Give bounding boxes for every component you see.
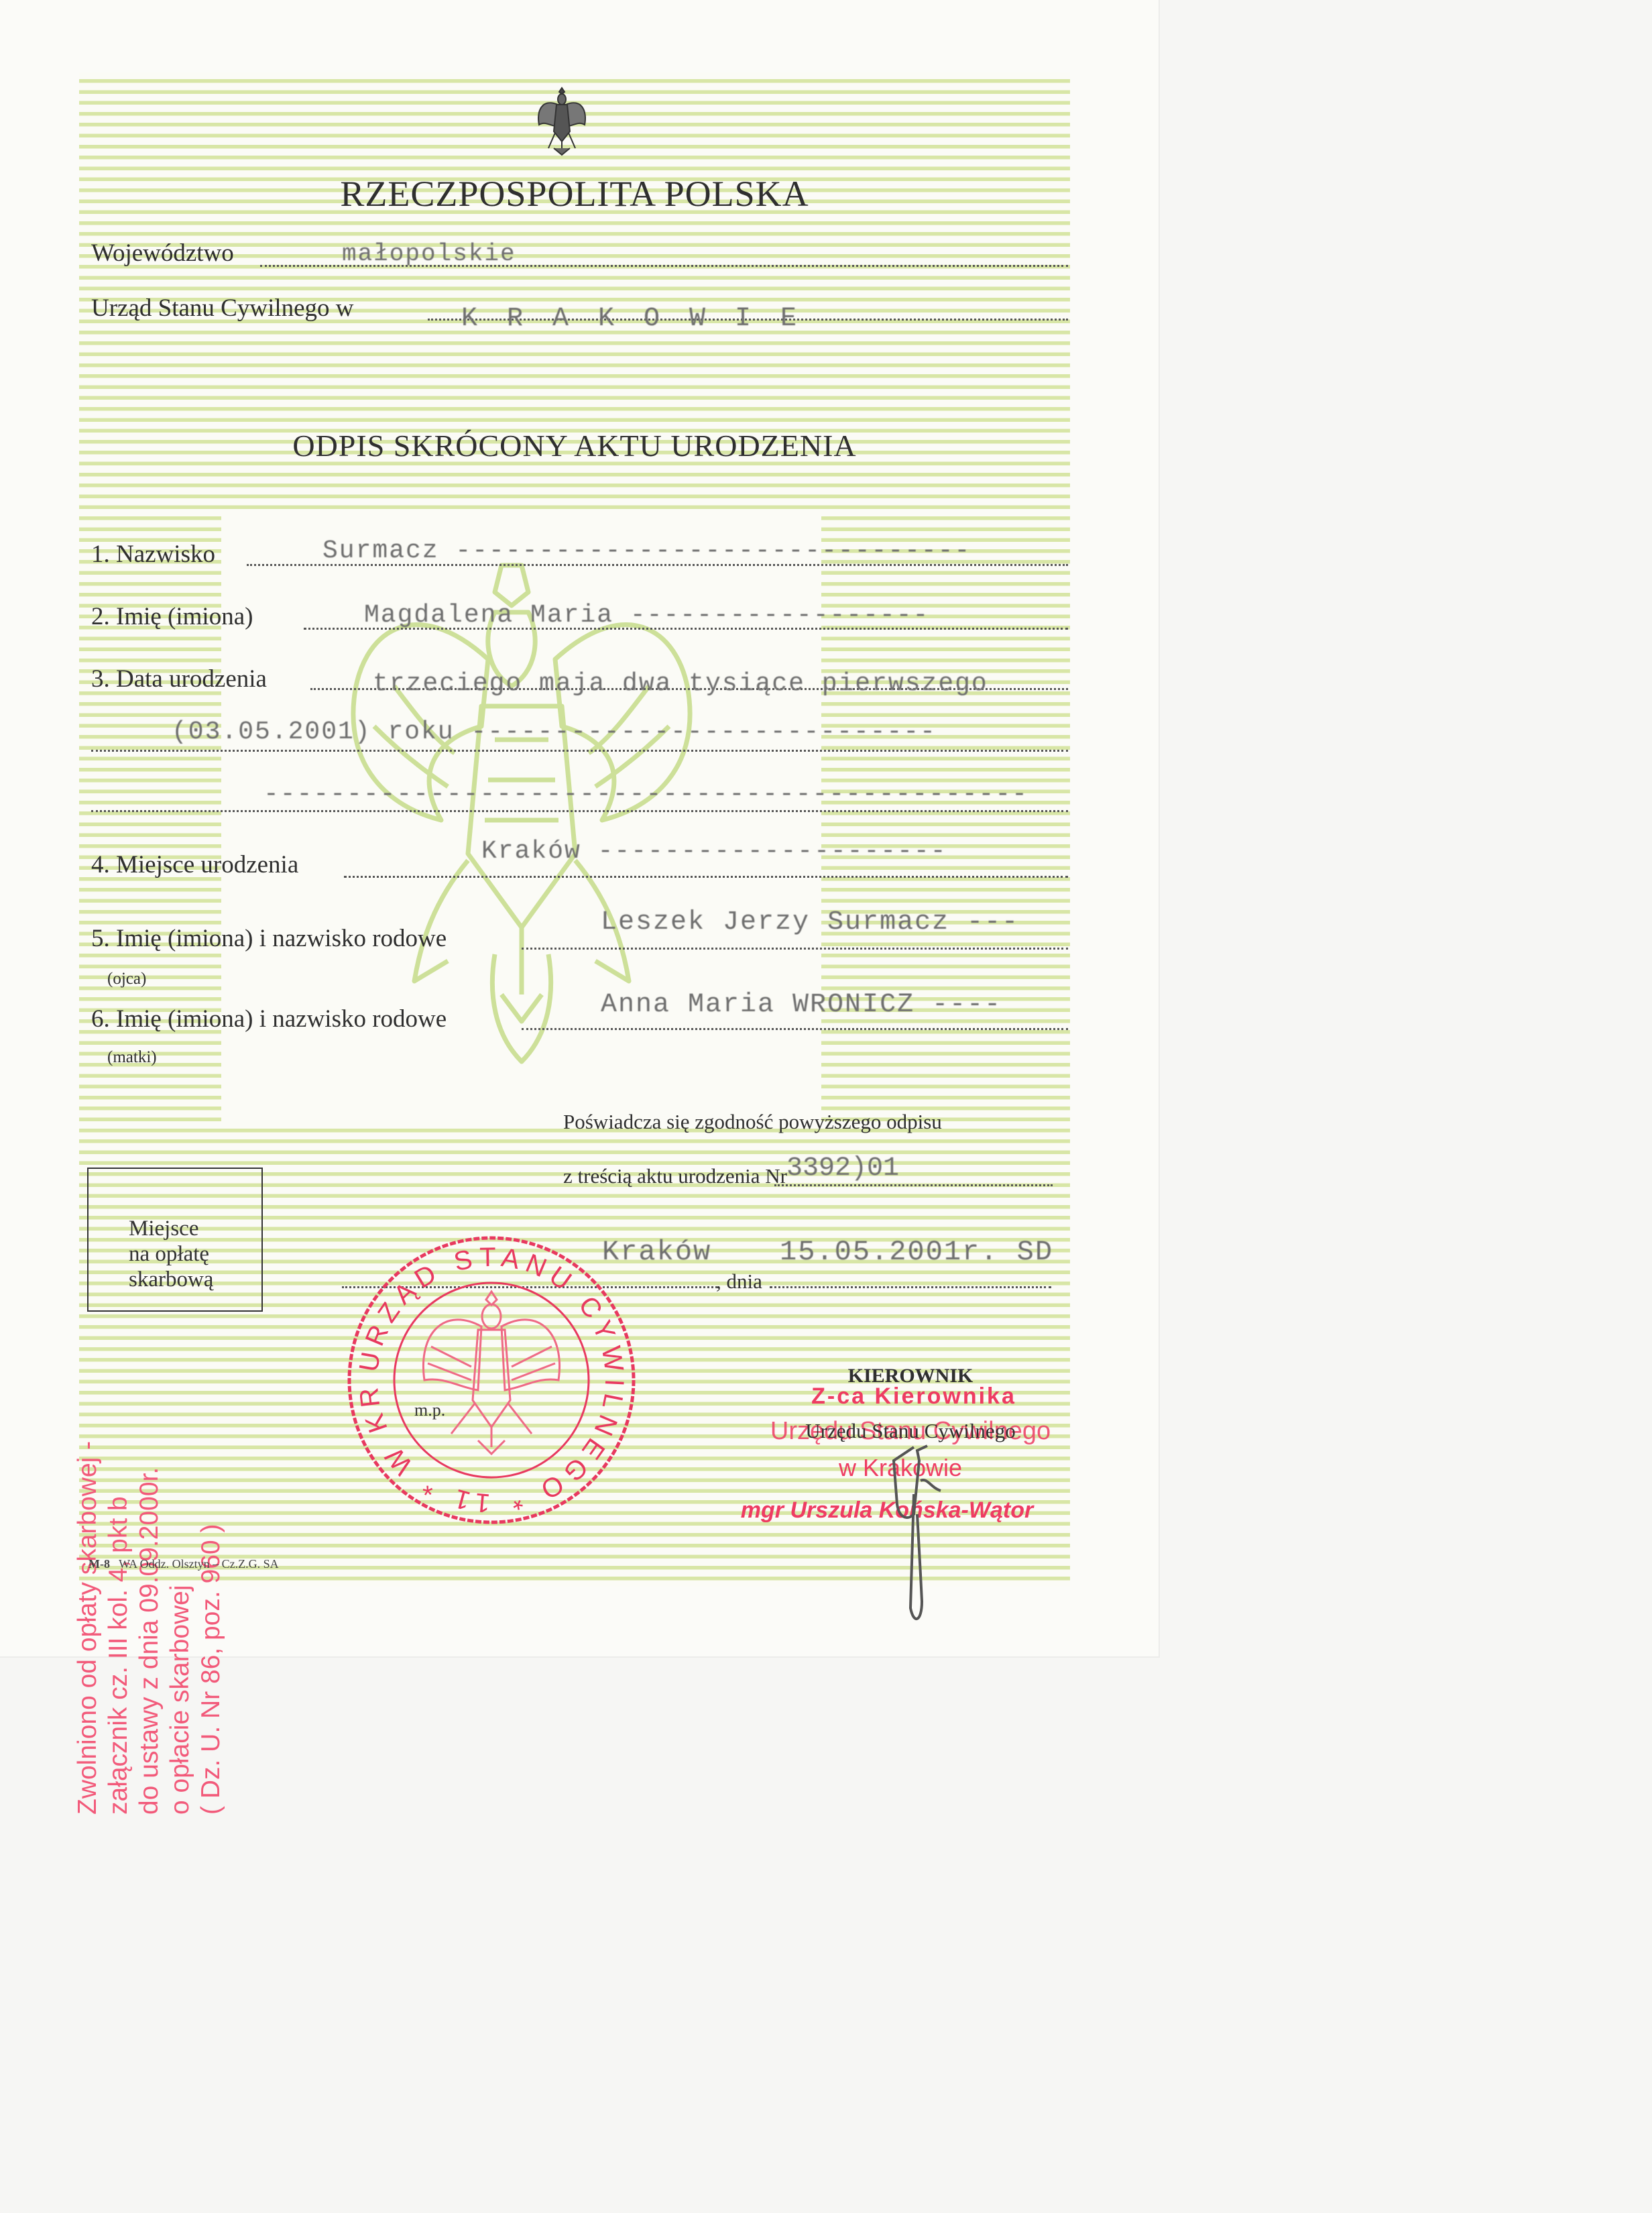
field-birth-place-value: Kraków --------------------- [481,837,947,866]
field-given-names-value: Magdalena Maria ------------------ [364,601,929,630]
official-round-seal: URZĄD STANU CYWILNEGO * 11 * W KRAKOWIE … [344,1233,639,1528]
field-birth-date-value-numeric: (03.05.2001) roku ----------------------… [172,718,937,746]
printer-name: WA Oddz. Olsztyn – Cz.Z.G. SA [119,1557,278,1571]
field-birth-date-value-words: trzeciego maja dwa tysiące pierwszego [373,669,988,698]
polish-eagle-emblem-icon [535,84,589,158]
form-code: M-8 [88,1557,110,1571]
stamp-duty-box: Miejsce na opłatę skarbową [87,1168,263,1312]
seal-eagle-icon [423,1292,559,1454]
date-label: , dnia [716,1269,762,1294]
signatory-office: Urzędu Stanu Cywilnego [776,1419,1045,1443]
act-number-label: z treścią aktu urodzenia Nr [563,1164,787,1188]
issue-date-value: 15.05.2001r. SD [780,1236,1053,1268]
act-number-value: 3392)01 [786,1153,899,1184]
field-birth-place-label: 4. Miejsce urodzenia [91,850,298,879]
issue-date-dotted-line [770,1286,1051,1288]
field-mother-dotted-line [522,1028,1068,1030]
field-birth-date-label: 3. Data urodzenia [91,665,267,693]
field-birth-date-value-filler: ----------------------------------------… [263,780,1028,809]
document-title: ODPIS SKRÓCONY AKTU URODZENIA [79,428,1070,463]
field-birth-date-dotted-line-2 [91,750,1068,752]
act-number-dotted-line [774,1184,1053,1186]
field-father-label: 5. Imię (imiona) i nazwisko rodowe [91,924,447,953]
signatory-stamp-line-1: Z-ca Kierownika [770,1383,1058,1410]
stamp-duty-box-text: Miejsce na opłatę skarbową [129,1216,213,1292]
office-label: Urząd Stanu Cywilnego w [91,294,354,323]
field-given-names-label: 2. Imię (imiona) [91,602,253,631]
handwritten-signature [867,1440,954,1648]
office-value: K R A K O W I E [461,304,803,334]
field-father-value: Leszek Jerzy Surmacz --- [601,907,1019,938]
province-label: Województwo [91,239,234,268]
seal-place-label: m.p. [414,1400,445,1420]
field-birth-date-dotted-line-3 [91,810,1068,812]
certification-statement: Poświadcza się zgodność powyższego odpis… [563,1110,942,1134]
field-surname-label: 1. Nazwisko [91,540,215,569]
field-birth-place-dotted-line [344,876,1068,878]
birth-certificate-form: RZECZPOSPOLITA POLSKA Województwo małopo… [79,72,1070,1587]
field-mother-sublabel: (matki) [107,1048,157,1067]
field-father-dotted-line [522,948,1068,950]
field-father-sublabel: (ojca) [107,970,146,988]
country-heading: RZECZPOSPOLITA POLSKA [79,173,1070,215]
field-mother-value: Anna Maria WRONICZ ---- [601,990,1002,1020]
field-surname-value: Surmacz ------------------------------- [322,536,971,565]
fee-exemption-stamp: Zwolniono od opłaty skarbowej - załączni… [72,1292,253,1815]
province-value: małopolskie [342,240,516,268]
printer-imprint: M-8 WA Oddz. Olsztyn – Cz.Z.G. SA [88,1557,279,1571]
scanned-page: RZECZPOSPOLITA POLSKA Województwo małopo… [0,0,1160,1658]
field-mother-label: 6. Imię (imiona) i nazwisko rodowe [91,1005,447,1033]
